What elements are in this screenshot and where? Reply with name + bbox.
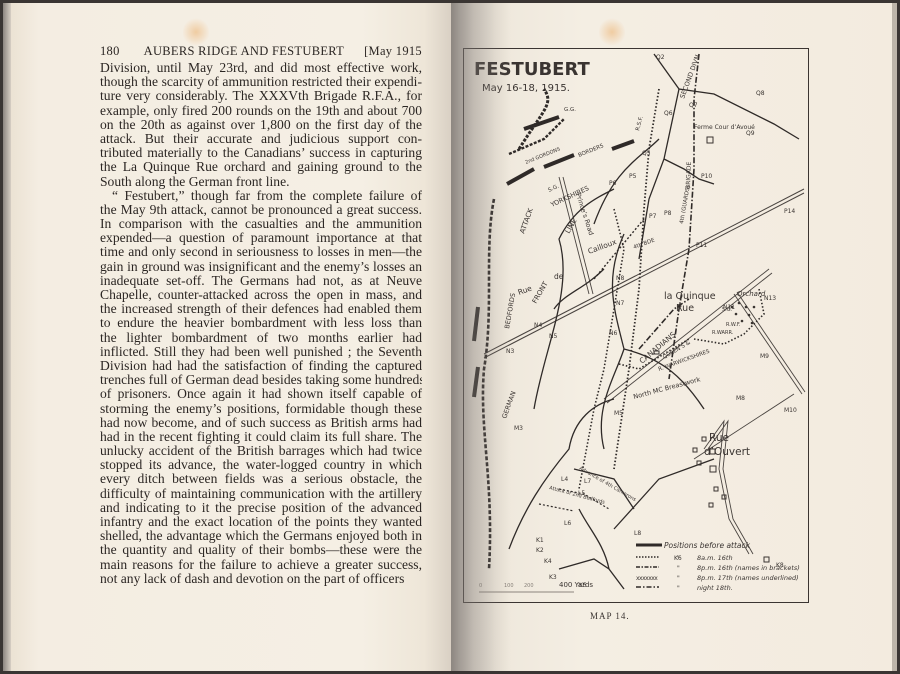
svg-text:R.S.F.: R.S.F. xyxy=(635,116,645,132)
text-line: “ Festubert,” though far from the comple… xyxy=(100,189,422,203)
map-point-label: P8 xyxy=(664,210,672,217)
paper-stain xyxy=(183,17,209,47)
svg-text:d’Ouvert: d’Ouvert xyxy=(704,446,750,458)
map-point-label: Q7 xyxy=(689,102,698,109)
map-point-label: P10 xyxy=(701,173,712,180)
svg-text:BEDFORDS: BEDFORDS xyxy=(503,292,517,329)
map-point-label: M3 xyxy=(514,425,523,432)
text-line: In comparison with the casualties and th… xyxy=(100,217,422,231)
map-point-label: P11 xyxy=(696,242,707,249)
text-line: ture very considerably. The XXXVth Briga… xyxy=(100,89,422,103)
svg-text:xxxxxxx: xxxxxxx xyxy=(636,575,658,582)
text-line: South along the German front line. xyxy=(100,175,422,189)
map-point-label: N4 xyxy=(534,322,542,329)
map-point-label: L6 xyxy=(564,520,571,527)
map-point-label: P5 xyxy=(629,173,637,180)
map-point-label: K4 xyxy=(544,558,552,565)
text-line: attack. But their accurate and judicious… xyxy=(100,132,422,146)
text-line: of prisoners. Once again it had shown it… xyxy=(100,387,422,401)
svg-text:SECOND DIVN: SECOND DIVN xyxy=(678,54,701,100)
svg-text:4th BDE: 4th BDE xyxy=(633,237,657,250)
text-line: Division had had the satisfaction of fin… xyxy=(100,359,422,373)
text-line: the La Quinque Rue orchard and gaining g… xyxy=(100,160,422,174)
map-legend: Positions before attack xxxxxxx " " " " … xyxy=(636,541,800,592)
svg-text:Orchard: Orchard xyxy=(737,290,766,298)
left-page: 180 AUBERS RIDGE AND FESTUBERT [May 1915… xyxy=(3,3,451,671)
svg-text:BORDERS: BORDERS xyxy=(578,143,606,159)
map-point-label: Q8 xyxy=(756,90,765,97)
map-point-label: N3 xyxy=(506,348,514,355)
page-edge xyxy=(892,3,897,671)
map-title: FESTUBERT xyxy=(474,59,591,80)
running-title: AUBERS RIDGE AND FESTUBERT xyxy=(144,44,344,59)
svg-text:0: 0 xyxy=(479,583,482,589)
text-line: tributed materially to the Canadians’ su… xyxy=(100,146,422,160)
page-number: 180 xyxy=(100,44,120,59)
map-point-label: M9 xyxy=(760,353,769,360)
map-subtitle: May 16-18, 1915. xyxy=(482,83,570,94)
map-frame: FESTUBERT May 16-18, 1915. xyxy=(463,48,809,603)
svg-text:Rue: Rue xyxy=(676,303,694,314)
svg-text:LINE: LINE xyxy=(564,217,579,235)
map-point-label: N6 xyxy=(609,330,617,337)
svg-text:Prince’s Road: Prince’s Road xyxy=(574,192,595,236)
map-point-label: N8 xyxy=(616,275,624,282)
svg-text:100: 100 xyxy=(504,583,514,589)
festubert-map: FESTUBERT May 16-18, 1915. xyxy=(464,49,808,602)
map-point-label: K1 xyxy=(536,537,544,544)
text-line: the increased strength of their defences… xyxy=(100,302,422,316)
text-line: though the scarcity of ammunition restri… xyxy=(100,75,422,89)
map-point-label: Q5 xyxy=(642,150,651,157)
map-point-label: L8 xyxy=(634,530,641,537)
svg-text:Rue: Rue xyxy=(517,283,534,296)
map-point-label: P6 xyxy=(609,180,617,187)
text-line: the lighter bombardment of two months ea… xyxy=(100,331,422,345)
text-line: main reasons for the failure to achieve … xyxy=(100,558,422,572)
svg-text:Positions before attack: Positions before attack xyxy=(664,541,751,550)
text-line: shelled, the advantage which the Germans… xyxy=(100,529,422,543)
svg-text:400 Yards: 400 Yards xyxy=(559,581,593,589)
page-edge xyxy=(3,3,11,671)
svg-text:8p.m. 16th (names in brackets): 8p.m. 16th (names in brackets) xyxy=(697,564,800,572)
map-point-label: Q6 xyxy=(664,110,673,117)
map-point-label: N5 xyxy=(549,333,557,340)
svg-text:ATTACK: ATTACK xyxy=(518,207,535,235)
text-line: to endure the heavier bombardment with l… xyxy=(100,316,422,330)
map-caption: MAP 14. xyxy=(590,611,630,621)
text-line: on the 20th as against over 1,800 on the… xyxy=(100,118,422,132)
map-point-label: K3 xyxy=(549,574,557,581)
place-labels: la Quinque Rue Rue d’Ouvert Ferme Cour d… xyxy=(517,124,766,458)
running-head: 180 AUBERS RIDGE AND FESTUBERT [May 1915 xyxy=(100,44,422,59)
text-line: storming the enemy’s positions, formidab… xyxy=(100,402,422,416)
text-block: 180 AUBERS RIDGE AND FESTUBERT [May 1915… xyxy=(100,44,422,586)
map-point-label: L5 xyxy=(578,490,585,497)
text-line: the quantity and quality of their bombs—… xyxy=(100,543,422,557)
running-date: [May 1915 xyxy=(364,44,422,59)
svg-text:la Quinque: la Quinque xyxy=(664,291,716,302)
svg-text:": " xyxy=(677,555,680,562)
text-line: and indicating to it the precise positio… xyxy=(100,501,422,515)
svg-text:": " xyxy=(677,585,680,592)
map-point-label: Q9 xyxy=(746,130,755,137)
svg-text:200: 200 xyxy=(524,583,534,589)
positions-before-attack xyxy=(474,117,634,397)
text-line: infantry and the exact location of the p… xyxy=(100,515,422,529)
paper-stain xyxy=(599,17,625,47)
roads xyxy=(484,177,805,554)
text-line: expended—a question of paramount importa… xyxy=(100,231,422,245)
svg-text:8p.m. 17th (names underlined): 8p.m. 17th (names underlined) xyxy=(697,574,799,582)
text-line: Chapelle, counter-attacked across the op… xyxy=(100,288,422,302)
svg-text:": " xyxy=(677,565,680,572)
text-line: had now become, and of such success as B… xyxy=(100,416,422,430)
map-point-label: P14 xyxy=(784,208,795,215)
text-line: gain in ground was insignificant and the… xyxy=(100,260,422,274)
svg-text:R.W.F.: R.W.F. xyxy=(726,322,741,328)
text-line: Division, until May 23rd, and did most e… xyxy=(100,61,422,75)
map-point-label: P7 xyxy=(649,213,657,220)
svg-text:R. WARWICKSHIRES: R. WARWICKSHIRES xyxy=(658,349,711,373)
svg-text:North MC Breastwork: North MC Breastwork xyxy=(632,375,701,401)
svg-text:Rue: Rue xyxy=(709,432,729,444)
svg-text:G.G.: G.G. xyxy=(564,107,576,113)
svg-text:": " xyxy=(677,575,680,582)
text-line: example, only fired 200 rounds on the 19… xyxy=(100,104,422,118)
svg-text:FRONT: FRONT xyxy=(531,280,550,305)
text-line: inadequate set-off. The Germans had not,… xyxy=(100,274,422,288)
text-line: the May 9th attack, cannot be pronounced… xyxy=(100,203,422,217)
text-line: not any lack of dash and devotion on the… xyxy=(100,572,422,586)
ditches xyxy=(509,54,799,589)
text-line: trenches full of German dead besides tak… xyxy=(100,373,422,387)
map-point-label: L7 xyxy=(584,478,591,485)
text-line: had in the recent fighting it could clai… xyxy=(100,430,422,444)
text-line: difficulty of maintaining communication … xyxy=(100,487,422,501)
book-spread: 180 AUBERS RIDGE AND FESTUBERT [May 1915… xyxy=(3,3,897,671)
map-scale: 0 100 200 400 Yards xyxy=(479,581,593,592)
map-point-label: M5 xyxy=(614,410,623,417)
text-line: stopped its advance, the water-logged co… xyxy=(100,458,422,472)
map-point-label: N7 xyxy=(616,300,624,307)
advance-lines xyxy=(539,54,764,511)
german-front-line xyxy=(483,89,564,569)
text-line: unlucky accident of the British barrages… xyxy=(100,444,422,458)
map-point-label: Q2 xyxy=(656,54,665,61)
svg-text:4th (GUARDS): 4th (GUARDS) xyxy=(679,185,692,224)
map-point-label: K2 xyxy=(536,547,544,554)
body-text: Division, until May 23rd, and did most e… xyxy=(100,61,422,586)
map-point-label: N13 xyxy=(764,295,776,302)
svg-text:night 18th.: night 18th. xyxy=(697,584,733,592)
svg-text:R.WARR.: R.WARR. xyxy=(712,330,734,336)
svg-text:Cailloux: Cailloux xyxy=(587,237,619,256)
svg-text:8a.m. 16th: 8a.m. 16th xyxy=(697,554,733,562)
map-point-label: M10 xyxy=(784,407,797,414)
map-point-label: L4 xyxy=(561,476,568,483)
map-point-label: M8 xyxy=(736,395,745,402)
svg-text:S.G.: S.G. xyxy=(547,184,560,194)
text-line: time and only second in seriousness to l… xyxy=(100,245,422,259)
text-line: inflicted. Still they had been well puni… xyxy=(100,345,422,359)
text-line: every ditch between fields was a serious… xyxy=(100,472,422,486)
svg-text:GERMAN: GERMAN xyxy=(500,390,517,420)
svg-text:de: de xyxy=(554,272,564,281)
svg-text:BRIGADE: BRIGADE xyxy=(685,161,693,189)
map-point-label: N11 xyxy=(723,304,735,311)
